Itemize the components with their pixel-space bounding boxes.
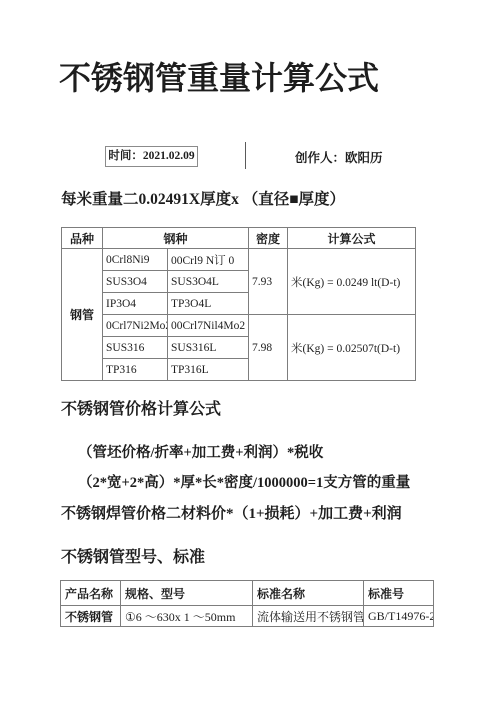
steel-grade-cell: SUS3O4L [168,271,249,293]
weight-table: 品种 钢种 密度 计算公式 钢管 0Crl8Ni9 00Crl9 N订 0 7.… [61,227,416,381]
steel-grade-cell: SUS316L [168,337,249,359]
table-row: 0Crl7Ni2Mo2 00Crl7Nil4Mo2 7.98 米(Kg) = 0… [62,315,416,337]
header-spec-model: 规格、型号 [121,581,253,606]
standards-section-heading: 不锈钢管型号、标准 [61,544,205,567]
welded-pipe-price-line: 不锈钢焊管价格二材料价*（1+损耗）+加工费+利润 [61,502,402,523]
steel-grade-cell: 0Crl7Ni2Mo2 [103,315,168,337]
steel-grade-cell: SUS316 [103,337,168,359]
steel-grade-cell: IP3O4 [103,293,168,315]
header-standard-number: 标准号 [364,581,434,606]
price-formula-line-2: （2*宽+2*高）*厚*长*密度/1000000=1支方管的重量 [78,471,410,492]
spec-model-cell: ①6 ～630x 1 ～50mm [121,606,253,627]
product-name-cell: 不锈钢管 [61,606,121,627]
steel-grade-cell: SUS3O4 [103,271,168,293]
steel-grade-cell: TP3O4L [168,293,249,315]
meta-divider [245,142,246,169]
header-product-name: 产品名称 [61,581,121,606]
weight-table-header-row: 品种 钢种 密度 计算公式 [62,228,416,249]
steel-grade-cell: TP316 [103,359,168,381]
table-row: 不锈钢管 ①6 ～630x 1 ～50mm 流体输送用不锈钢管 GB/T1497… [61,606,434,627]
variety-cell: 钢管 [62,249,103,381]
page-title: 不锈钢管重量计算公式 [59,53,379,99]
header-standard-name: 标准名称 [253,581,364,606]
header-formula: 计算公式 [288,228,416,249]
density-cell: 7.98 [249,315,288,381]
author-field: 创作人：欧阳历 [295,148,383,166]
table-row: 钢管 0Crl8Ni9 00Crl9 N订 0 7.93 米(Kg) = 0.0… [62,249,416,271]
steel-grade-cell: 00Crl9 N订 0 [168,249,249,271]
price-section-heading: 不锈钢管价格计算公式 [61,396,221,419]
steel-grade-cell: TP316L [168,359,249,381]
header-steel-grade: 钢种 [103,228,249,249]
standard-name-cell: 流体输送用不锈钢管 [253,606,364,627]
formula-cell: 米(Kg) = 0.0249 lt(D-t) [288,249,416,315]
standards-table: 产品名称 规格、型号 标准名称 标准号 不锈钢管 ①6 ～630x 1 ～50m… [60,580,434,627]
header-variety: 品种 [62,228,103,249]
steel-grade-cell: 0Crl8Ni9 [103,249,168,271]
weight-per-meter-formula: 每米重量二0.02491X厚度x （直径■厚度） [61,187,345,209]
price-formula-line-1: （管坯价格/折率+加工费+利润）*税收 [78,441,323,462]
standards-table-header-row: 产品名称 规格、型号 标准名称 标准号 [61,581,434,606]
standard-number-cell: GB/T14976-2002 [364,606,434,627]
document-page: 不锈钢管重量计算公式 时间：2021.02.09 创作人：欧阳历 每米重量二0.… [0,0,500,707]
steel-grade-cell: 00Crl7Nil4Mo2 [168,315,249,337]
time-field: 时间：2021.02.09 [105,146,198,167]
density-cell: 7.93 [249,249,288,315]
header-density: 密度 [249,228,288,249]
formula-cell: 米(Kg) = 0.02507t(D-t) [288,315,416,381]
